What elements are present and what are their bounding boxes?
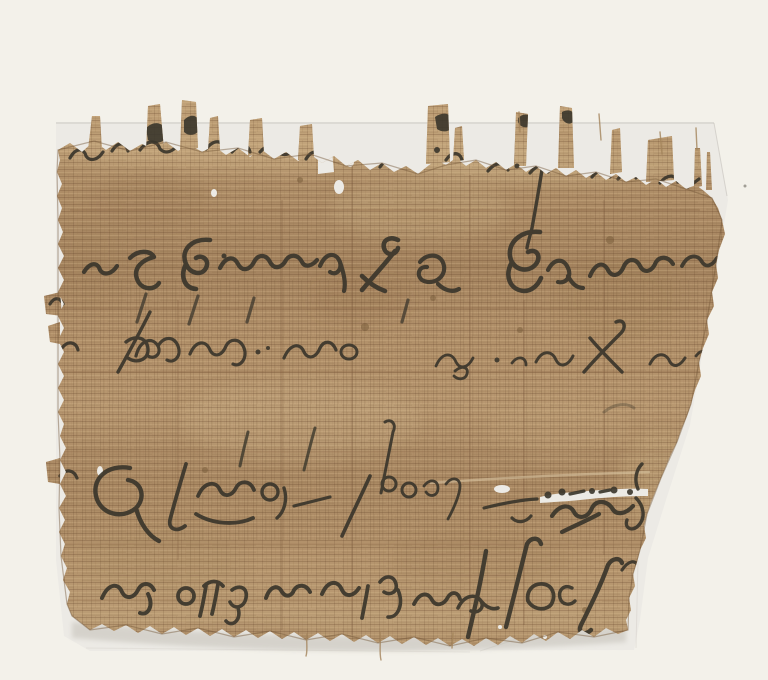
plate-page: P. 108 [0, 0, 768, 680]
papyrus-photo [0, 0, 768, 680]
mount-speck [744, 185, 747, 188]
